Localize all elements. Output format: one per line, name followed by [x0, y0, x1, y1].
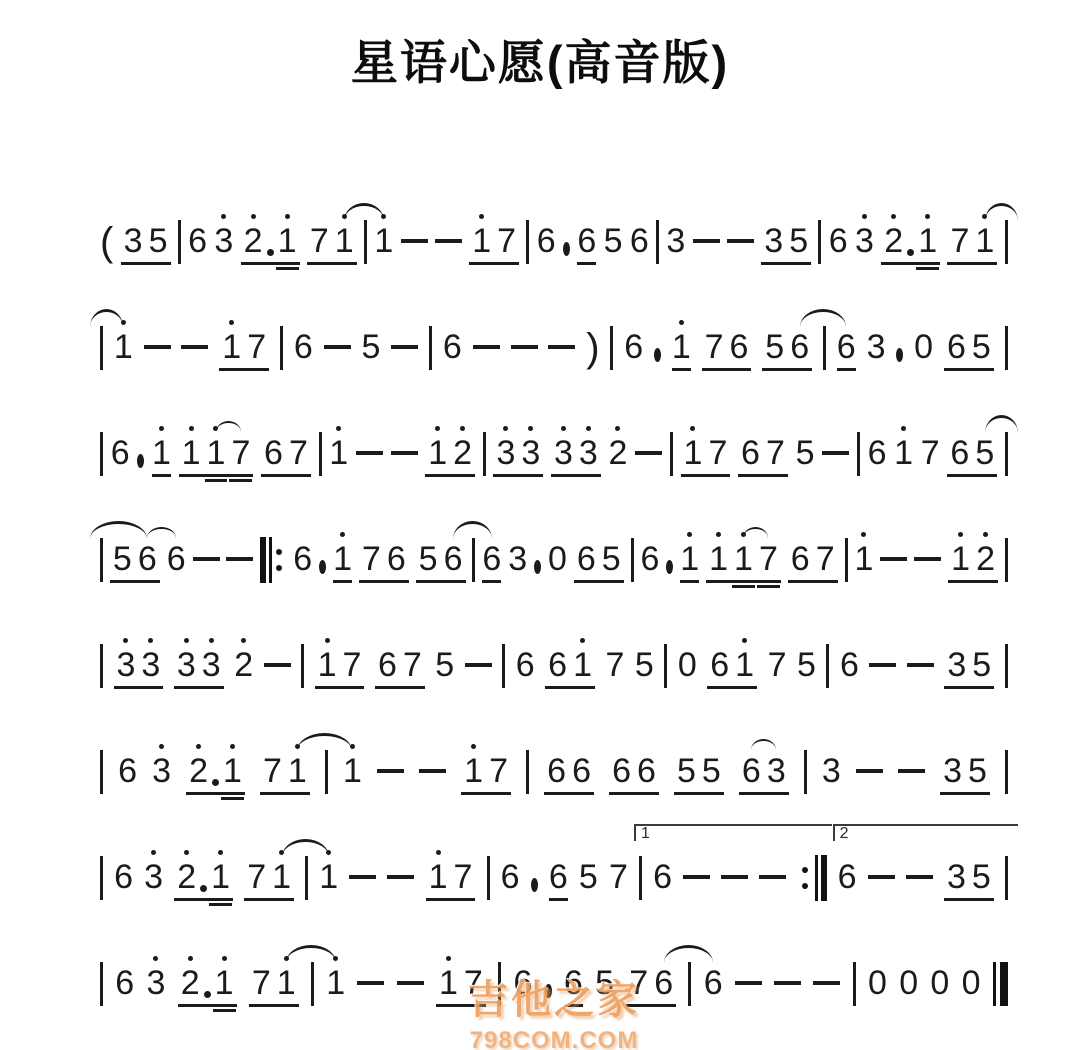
note-group: 65: [574, 542, 624, 583]
held-beat-dash: [391, 451, 418, 455]
note-number: 3: [117, 646, 136, 684]
note-number: 3: [855, 222, 874, 260]
barline: [526, 220, 529, 264]
note: 3: [521, 436, 540, 470]
note-group: 21: [186, 754, 245, 795]
note-number: 1: [951, 540, 970, 578]
note: 6: [188, 224, 207, 265]
note-group: 67: [261, 436, 311, 477]
note: 6: [837, 330, 856, 371]
note: 5: [702, 754, 721, 788]
augmentation-dot: [204, 991, 211, 998]
score: (356321711176656335632171117656)61765663…: [100, 219, 1008, 1007]
note: 7: [310, 224, 329, 258]
note: 6: [868, 436, 887, 477]
note: 3: [124, 224, 143, 258]
note-number: 7: [247, 328, 266, 366]
octave-dot: [503, 426, 508, 431]
augmentation-dot: [212, 779, 219, 786]
augmentation-dot: [654, 348, 661, 362]
note: 7: [609, 860, 628, 901]
note: 6: [829, 224, 848, 265]
note: 5: [797, 648, 816, 689]
note-group: 65: [947, 436, 997, 477]
note: 6: [741, 436, 760, 470]
tie-arc: [664, 945, 713, 963]
octave-dot: [861, 532, 866, 537]
volta-bracket: 1: [634, 824, 832, 841]
note-number: 6: [118, 752, 137, 790]
note-group: 17: [469, 224, 519, 265]
barline: [639, 856, 642, 900]
note-number: 3: [141, 646, 160, 684]
note-number: 6: [730, 328, 749, 366]
note: 6: [387, 542, 406, 576]
note-number: 7: [705, 328, 724, 366]
barline: [100, 962, 103, 1006]
note-group: 61: [545, 648, 595, 689]
note-number: 6: [188, 222, 207, 260]
held-beat-dash: [356, 451, 383, 455]
barline: [526, 750, 529, 794]
note-number: 3: [144, 858, 163, 896]
note-number: 5: [435, 646, 454, 684]
augmentation-dot: [137, 454, 144, 468]
note: 3: [508, 542, 527, 583]
note: 3: [947, 860, 966, 894]
barline: [1005, 220, 1008, 264]
octave-dot: [285, 214, 290, 219]
barline: [804, 750, 807, 794]
note: 6: [840, 648, 859, 689]
note: 1: [573, 648, 592, 682]
held-beat-dash: [377, 769, 404, 773]
note-group: 117: [706, 542, 781, 583]
note-number: 6: [838, 858, 857, 896]
augmentation-dot: [545, 984, 552, 998]
barline: [100, 856, 103, 900]
barline: [1005, 538, 1008, 582]
note: 6: [637, 754, 656, 788]
volta-number: 1: [641, 825, 650, 843]
note: 7: [605, 648, 624, 689]
barline: [364, 220, 367, 264]
note: 2: [181, 966, 200, 1000]
barline: [1005, 856, 1008, 900]
note-number: 7: [609, 858, 628, 896]
note-group: 71: [307, 224, 357, 265]
octave-dot: [148, 638, 153, 643]
note-number: 7: [403, 646, 422, 684]
note: 3: [855, 224, 874, 265]
note: 5: [972, 330, 991, 364]
note-group: 56: [416, 542, 466, 583]
tie-arc: [743, 527, 768, 538]
barline: [100, 644, 103, 688]
held-beat-dash: [349, 875, 376, 879]
octave-dot: [471, 744, 476, 749]
held-beat-dash: [822, 451, 849, 455]
note: 6: [138, 542, 157, 576]
barline: [280, 326, 283, 370]
barline: [853, 962, 856, 1006]
note-group: 56: [762, 330, 812, 371]
note-number: 3: [867, 328, 886, 366]
note-number: 5: [602, 540, 621, 578]
note: 2: [244, 224, 263, 258]
note: 1: [951, 542, 970, 576]
note-number: 5: [595, 964, 614, 1002]
note-number: 1: [333, 540, 352, 578]
note-group: 17: [219, 330, 269, 371]
note: 7: [489, 754, 508, 788]
note-number: 1: [684, 434, 703, 472]
note-number: 1: [428, 434, 447, 472]
note-number: 3: [177, 646, 196, 684]
note: 0: [914, 330, 933, 371]
note-number: 0: [548, 540, 567, 578]
note: 1: [222, 330, 241, 364]
note-number: 7: [343, 646, 362, 684]
octave-dot: [188, 956, 193, 961]
barline: [305, 856, 308, 900]
octave-dot: [251, 214, 256, 219]
held-beat-dash: [868, 875, 895, 879]
note: 6: [838, 860, 857, 901]
octave-dot: [580, 638, 585, 643]
note-number: 5: [972, 646, 991, 684]
held-beat-dash: [880, 557, 907, 561]
note-number: 6: [577, 222, 596, 260]
note: 6: [790, 330, 809, 364]
octave-dot: [218, 850, 223, 855]
tie-arc: [344, 203, 384, 221]
parenthesis: (: [100, 222, 113, 265]
thin-bar: [269, 537, 272, 583]
octave-dot: [983, 532, 988, 537]
note: 7: [950, 224, 969, 258]
notation-line: 6111767112333321767561765: [100, 431, 1008, 477]
augmentation-dot: [200, 885, 207, 892]
note-number: 1: [918, 222, 937, 260]
note-number: 7: [921, 434, 940, 472]
note: 1: [709, 542, 728, 576]
octave-dot: [241, 638, 246, 643]
note: 6: [513, 966, 532, 1007]
note-number: 6: [482, 540, 501, 578]
note: 3: [152, 754, 171, 795]
note: 6: [537, 224, 556, 265]
note-number: 6: [654, 964, 673, 1002]
octave-dot: [325, 638, 330, 643]
notation-line: 6321711176657663512: [100, 855, 1008, 901]
octave-dot: [436, 850, 441, 855]
note-number: 3: [947, 858, 966, 896]
note-number: 6: [837, 328, 856, 366]
note-group: 17: [315, 648, 365, 689]
octave-dot: [586, 426, 591, 431]
note: 1: [223, 754, 242, 788]
held-beat-dash: [727, 239, 754, 243]
note: 6: [791, 542, 810, 576]
note: 1: [472, 224, 491, 258]
held-beat-dash: [264, 663, 291, 667]
note-group: 71: [260, 754, 310, 795]
note: 6: [730, 330, 749, 364]
note: 5: [113, 542, 132, 576]
note-number: 5: [702, 752, 721, 790]
note: 1: [114, 330, 133, 371]
octave-dot: [229, 320, 234, 325]
note-number: 7: [950, 222, 969, 260]
octave-dot: [615, 426, 620, 431]
note-group: 33: [551, 436, 601, 477]
note: 1: [680, 542, 699, 583]
barline: [483, 432, 486, 476]
note: 6: [564, 966, 583, 1007]
barline: [845, 538, 848, 582]
note-number: 6: [548, 646, 567, 684]
note: 7: [263, 754, 282, 788]
barline: [823, 326, 826, 370]
note-number: 5: [968, 752, 987, 790]
note-number: 1: [207, 434, 226, 472]
note-group: 35: [761, 224, 811, 265]
note: 6: [624, 330, 643, 371]
note-number: 7: [816, 540, 835, 578]
note-group: 71: [249, 966, 299, 1007]
final-barline: [993, 962, 1008, 1006]
note: 1: [318, 648, 337, 682]
barline: [656, 220, 659, 264]
note: 1: [918, 224, 937, 258]
octave-dot: [189, 426, 194, 431]
barline: [487, 856, 490, 900]
note: 1: [335, 224, 354, 258]
note-number: 6: [742, 752, 761, 790]
note: 6: [114, 860, 133, 901]
note-number: 5: [113, 540, 132, 578]
thick-bar: [1000, 962, 1008, 1006]
note-group: 76: [626, 966, 676, 1007]
octave-dot: [460, 426, 465, 431]
song-title: 星语心愿(高音版): [0, 26, 1080, 93]
note-number: 7: [454, 858, 473, 896]
note-number: 6: [791, 540, 810, 578]
octave-dot: [221, 214, 226, 219]
thin-bar: [993, 962, 996, 1006]
note-group: 61: [707, 648, 757, 689]
notation-line: (356321711176656335632171: [100, 219, 1008, 265]
note: 5: [361, 330, 380, 371]
note: 5: [419, 542, 438, 576]
note: 7: [921, 436, 940, 477]
octave-dot: [690, 426, 695, 431]
note-group: 12: [425, 436, 475, 477]
note-number: 1: [318, 646, 337, 684]
note: 6: [547, 754, 566, 788]
tie-arc: [216, 421, 241, 432]
note-number: 1: [114, 328, 133, 366]
note-number: 1: [278, 222, 297, 260]
note-number: 6: [868, 434, 887, 472]
octave-dot: [925, 214, 930, 219]
held-beat-dash: [181, 345, 208, 349]
note-number: 1: [326, 964, 345, 1002]
held-beat-dash: [735, 981, 762, 985]
note-number: 6: [637, 752, 656, 790]
barline: [301, 644, 304, 688]
note-number: 6: [537, 222, 556, 260]
note-number: 3: [764, 222, 783, 260]
held-beat-dash: [397, 981, 424, 985]
note-group: 71: [244, 860, 294, 901]
held-beat-dash: [759, 875, 786, 879]
note-number: 6: [704, 964, 723, 1002]
note-number: 3: [943, 752, 962, 790]
note-number: 6: [378, 646, 397, 684]
held-beat-dash: [511, 345, 538, 349]
note-group: 71: [947, 224, 997, 265]
note-number: 6: [641, 540, 660, 578]
barline: [100, 432, 103, 476]
augmentation-dot: [319, 560, 326, 574]
note: 6: [577, 224, 596, 265]
note-number: 6: [444, 540, 463, 578]
note-number: 6: [624, 328, 643, 366]
octave-dot: [716, 532, 721, 537]
note-number: 3: [579, 434, 598, 472]
notation-line: 33332176756617506175635: [100, 643, 1008, 689]
note: 7: [247, 330, 266, 364]
note-number: 6: [612, 752, 631, 790]
note-number: 0: [899, 964, 918, 1002]
note: 6: [516, 648, 535, 689]
note-number: 6: [294, 328, 313, 366]
augmentation-dot: [896, 348, 903, 362]
note: 1: [343, 754, 362, 795]
barline: [325, 750, 328, 794]
note-number: 1: [222, 328, 241, 366]
note-group: 21: [174, 860, 233, 901]
note: 5: [602, 542, 621, 576]
note-number: 2: [177, 858, 196, 896]
note: 7: [247, 860, 266, 894]
octave-dot: [742, 638, 747, 643]
note-number: 3: [521, 434, 540, 472]
note-group: 65: [944, 330, 994, 371]
note: 5: [595, 966, 614, 1007]
note: 2: [884, 224, 903, 258]
note: 3: [767, 754, 786, 788]
note-number: 3: [508, 540, 527, 578]
tie-arc: [90, 309, 123, 327]
note-number: 6: [549, 858, 568, 896]
note: 6: [115, 966, 134, 1007]
notation-line: 117656)61765663065: [100, 325, 1008, 371]
held-beat-dash: [473, 345, 500, 349]
note-number: 7: [362, 540, 381, 578]
note: 0: [678, 648, 697, 689]
note: 1: [207, 436, 226, 470]
note-number: 5: [789, 222, 808, 260]
note-group: 12: [948, 542, 998, 583]
note-number: 1: [709, 540, 728, 578]
note-number: 6: [264, 434, 283, 472]
note-number: 2: [976, 540, 995, 578]
note-number: 7: [231, 434, 250, 472]
volta-number: 2: [840, 825, 849, 843]
octave-dot: [479, 214, 484, 219]
note: 1: [894, 436, 913, 477]
held-beat-dash: [898, 769, 925, 773]
volta-bracket: 2: [833, 824, 1018, 841]
note: 6: [482, 542, 501, 583]
note: 7: [629, 966, 648, 1000]
note: 1: [329, 436, 348, 477]
note-number: 0: [930, 964, 949, 1002]
note-number: 5: [677, 752, 696, 790]
octave-dot: [901, 426, 906, 431]
held-beat-dash: [193, 557, 220, 561]
barline: [429, 326, 432, 370]
held-beat-dash: [813, 981, 840, 985]
tie-arc: [453, 521, 492, 539]
note: 0: [930, 966, 949, 1007]
note: 3: [496, 436, 515, 470]
held-beat-dash: [226, 557, 253, 561]
note-number: 1: [439, 964, 458, 1002]
note-number: 6: [138, 540, 157, 578]
note-number: 1: [182, 434, 201, 472]
note-number: 5: [635, 646, 654, 684]
note: 7: [343, 648, 362, 682]
note: 2: [189, 754, 208, 788]
tie-arc: [751, 739, 776, 750]
note-number: 7: [708, 434, 727, 472]
augmentation-dot: [534, 560, 541, 574]
note: 1: [735, 648, 754, 682]
note-number: 1: [472, 222, 491, 260]
note: 1: [734, 542, 753, 576]
held-beat-dash: [907, 663, 934, 667]
note: 1: [319, 860, 338, 901]
note-number: 0: [914, 328, 933, 366]
note: 7: [403, 648, 422, 682]
note: 7: [252, 966, 271, 1000]
tie-arc: [297, 733, 352, 751]
barline: [311, 962, 314, 1006]
note-number: 1: [894, 434, 913, 472]
note-group: 33: [174, 648, 224, 689]
note: 1: [215, 966, 234, 1000]
notation-line: 6321711176657660000: [100, 961, 1008, 1007]
octave-dot: [230, 744, 235, 749]
note: 1: [278, 224, 297, 258]
note-number: 6: [513, 964, 532, 1002]
note: 6: [704, 966, 723, 1007]
note-number: 7: [464, 964, 483, 1002]
note: 6: [653, 860, 672, 901]
note-number: 5: [149, 222, 168, 260]
note: 5: [789, 224, 808, 258]
held-beat-dash: [401, 239, 428, 243]
note: 2: [177, 860, 196, 894]
note-group: 56: [110, 542, 160, 583]
note-number: 7: [289, 434, 308, 472]
note-number: 7: [766, 434, 785, 472]
note-number: 3: [124, 222, 143, 260]
